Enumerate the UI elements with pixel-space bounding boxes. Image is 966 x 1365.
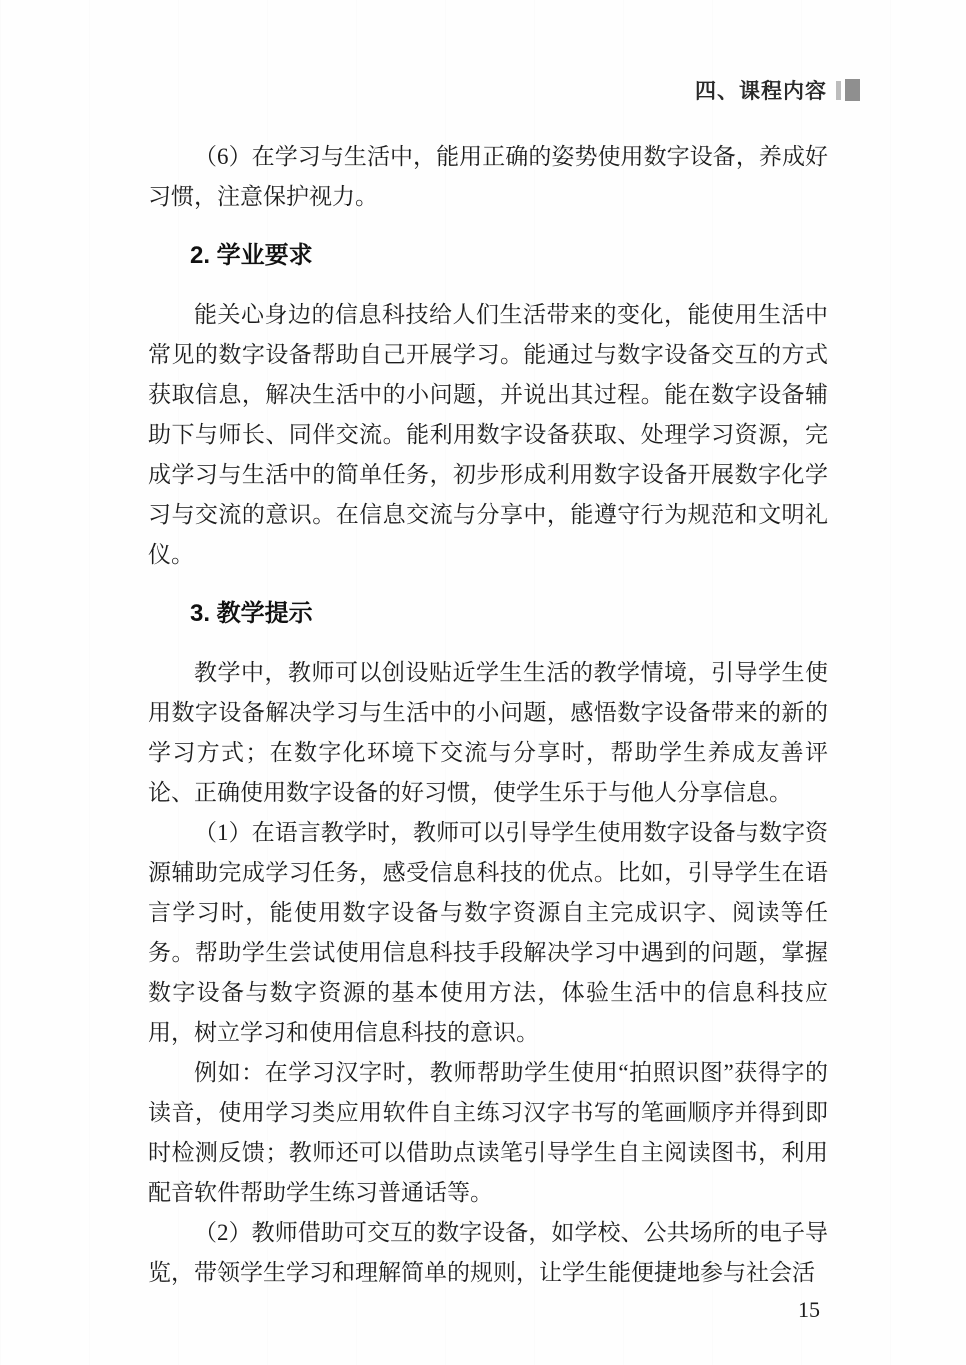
document-body: （6）在学习与生活中，能用正确的姿势使用数字设备，养成好习惯，注意保护视力。 2… bbox=[148, 137, 828, 1293]
paragraph-language-teaching: （1）在语言教学时，教师可以引导学生使用数字设备与数字资源辅助完成学习任务，感受… bbox=[148, 813, 828, 1053]
document-page: 四、课程内容 （6）在学习与生活中，能用正确的姿势使用数字设备，养成好习惯，注意… bbox=[0, 0, 966, 1365]
marker-bar-thin bbox=[836, 81, 841, 100]
page-footer: 15 bbox=[148, 1297, 828, 1323]
section-header-title: 四、课程内容 bbox=[695, 75, 827, 105]
paragraph-example-hanzi: 例如：在学习汉字时，教师帮助学生使用“拍照识图”获得字的读音，使用学习类应用软件… bbox=[148, 1053, 828, 1213]
paragraph-academic-requirements: 能关心身边的信息科技给人们生活带来的变化，能使用生活中常见的数字设备帮助自己开展… bbox=[148, 295, 828, 575]
section-marker-icon bbox=[836, 79, 860, 101]
paragraph-teaching-context: 教学中，教师可以创设贴近学生生活的教学情境，引导学生使用数字设备解决学习与生活中… bbox=[148, 653, 828, 813]
page-number: 15 bbox=[798, 1297, 820, 1322]
running-header: 四、课程内容 bbox=[0, 0, 966, 102]
heading-teaching-tips: 3. 教学提示 bbox=[190, 601, 828, 627]
marker-bar-thick bbox=[845, 79, 860, 101]
paragraph-interactive-devices: （2）教师借助可交互的数字设备，如学校、公共场所的电子导览，带领学生学习和理解简… bbox=[148, 1213, 828, 1293]
paragraph-posture-habit: （6）在学习与生活中，能用正确的姿势使用数字设备，养成好习惯，注意保护视力。 bbox=[148, 137, 828, 217]
heading-academic-requirements: 2. 学业要求 bbox=[190, 243, 828, 269]
